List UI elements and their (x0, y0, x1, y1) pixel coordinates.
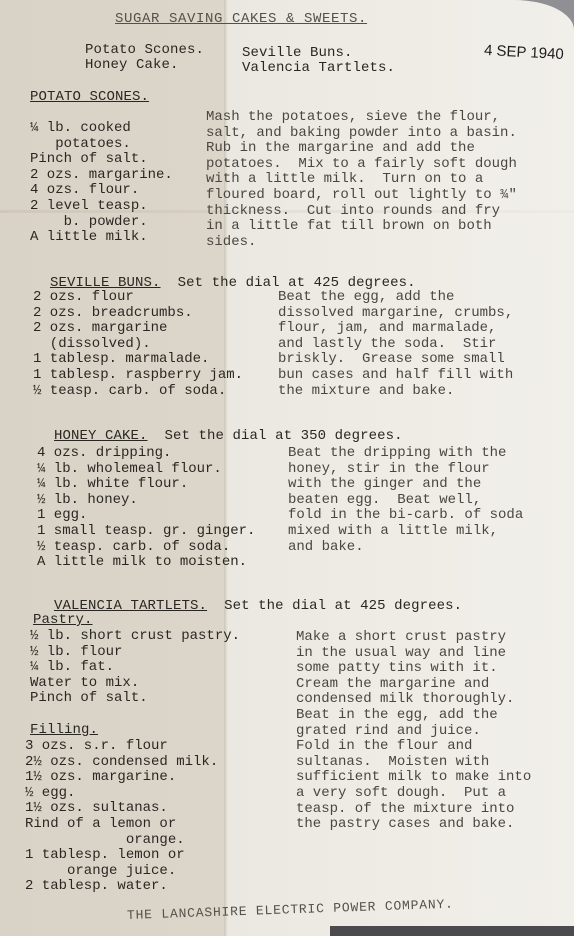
text-line: ¼ lb. wholemeal flour. (37, 462, 255, 478)
text-line: condensed milk thoroughly. (296, 692, 531, 708)
text-line: ¼ lb. white flour. (37, 477, 255, 493)
text-line: ½ teasp. carb. of soda. (37, 540, 255, 556)
background-surface (330, 926, 574, 936)
text-line: 2 tablesp. water. (25, 879, 218, 895)
text-line: 1 tablesp. lemon or (25, 848, 218, 864)
method-text: Beat the dripping with thehoney, stir in… (288, 446, 523, 555)
method-text: Make a short crust pastryin the usual wa… (296, 630, 531, 833)
text-line: 2 ozs. margarine. (30, 168, 173, 184)
text-line: 1½ ozs. margarine. (25, 770, 218, 786)
text-line: 1½ ozs. sultanas. (25, 801, 218, 817)
method-text: Beat the egg, add thedissolved margarine… (278, 290, 513, 399)
text-line: teasp. of the mixture into (296, 802, 531, 818)
text-line: ½ lb. flour (30, 645, 240, 661)
text-line: 1 small teasp. gr. ginger. (37, 524, 255, 540)
recipe-heading-honey-cake: HONEY CAKE. Set the dial at 350 degrees. (37, 413, 403, 444)
contents-item: Honey Cake. (85, 58, 179, 74)
ingredient-list: 2 ozs. flour2 ozs. breadcrumbs.2 ozs. ma… (33, 290, 243, 399)
text-line: Beat in the egg, add the (296, 708, 531, 724)
text-line: sufficient milk to make into (296, 770, 531, 786)
text-line: 4 ozs. dripping. (37, 446, 255, 462)
text-line: ¼ lb. cooked (30, 121, 173, 137)
text-line: Pinch of salt. (30, 691, 240, 707)
text-line: 1 tablesp. marmalade. (33, 352, 243, 368)
text-line: some patty tins with it. (296, 661, 531, 677)
text-line: the mixture and bake. (278, 384, 513, 400)
text-line: briskly. Grease some small (278, 352, 513, 368)
text-line: sultanas. Moisten with (296, 755, 531, 771)
text-line: 3 ozs. s.r. flour (25, 739, 218, 755)
text-line: with the ginger and the (288, 477, 523, 493)
contents-item: Valencia Tartlets. (242, 61, 395, 77)
pastry-heading: Pastry. (33, 613, 93, 629)
text-line: Rind of a lemon or (25, 817, 218, 833)
text-line: potatoes. Mix to a fairly soft dough (206, 157, 517, 173)
text-line: flour, jam, and marmalade, (278, 321, 513, 337)
text-line: b. powder. (30, 215, 173, 231)
text-line: 2 ozs. breadcrumbs. (33, 306, 243, 322)
pastry-ingredient-list: ½ lb. short crust pastry.½ lb. flour¼ lb… (30, 629, 240, 707)
text-line: a very soft dough. Put a (296, 786, 531, 802)
text-line: ½ lb. short crust pastry. (30, 629, 240, 645)
text-line: and bake. (288, 540, 523, 556)
ingredient-list: ¼ lb. cooked potatoes.Pinch of salt.2 oz… (30, 121, 173, 246)
text-line: Pinch of salt. (30, 152, 173, 168)
recipe-name: HONEY CAKE. (54, 428, 148, 444)
text-line: 1 egg. (37, 508, 255, 524)
text-line: in the usual way and line (296, 646, 531, 662)
text-line: ¼ lb. fat. (30, 660, 240, 676)
document-title: SUGAR SAVING CAKES & SWEETS. (115, 12, 367, 28)
text-line: Make a short crust pastry (296, 630, 531, 646)
text-line: ½ teasp. carb. of soda. (33, 384, 243, 400)
oven-instruction: Set the dial at 425 degrees. (224, 598, 462, 614)
text-line: 2 ozs. margarine (33, 321, 243, 337)
text-line: ½ lb. honey. (37, 493, 255, 509)
text-line: potatoes. (30, 137, 173, 153)
text-line: fold in the bi-carb. of soda (288, 508, 523, 524)
text-line: Beat the egg, add the (278, 290, 513, 306)
text-line: 2 ozs. flour (33, 290, 243, 306)
method-text: Mash the potatoes, sieve the flour,salt,… (206, 110, 517, 250)
text-line: Mash the potatoes, sieve the flour, (206, 110, 517, 126)
text-line: honey, stir in the flour (288, 462, 523, 478)
text-line: grated rind and juice. (296, 724, 531, 740)
recipe-heading-seville-buns: SEVILLE BUNS. Set the dial at 425 degree… (33, 260, 416, 291)
text-line: 1 tablesp. raspberry jam. (33, 368, 243, 384)
text-line: orange juice. (25, 864, 218, 880)
text-line: ½ egg. (25, 786, 218, 802)
recipe-heading-valencia-tartlets: VALENCIA TARTLETS. Set the dial at 425 d… (37, 583, 462, 614)
text-line: mixed with a little milk, (288, 524, 523, 540)
filling-ingredient-list: 3 ozs. s.r. flour2½ ozs. condensed milk.… (25, 739, 218, 895)
text-line: with a little milk. Turn on to a (206, 172, 517, 188)
text-line: floured board, roll out lightly to ¾" (206, 188, 517, 204)
text-line: sides. (206, 235, 517, 251)
text-line: and lastly the soda. Stir (278, 337, 513, 353)
text-line: orange. (25, 833, 218, 849)
text-line: Water to mix. (30, 676, 240, 692)
text-line: in a little fat till brown on both (206, 219, 517, 235)
text-line: bun cases and half fill with (278, 368, 513, 384)
text-line: 4 ozs. flour. (30, 183, 173, 199)
oven-instruction: Set the dial at 350 degrees. (165, 428, 403, 444)
text-line: Cream the margarine and (296, 677, 531, 693)
recipe-heading-potato-scones: POTATO SCONES. (30, 90, 149, 106)
filling-heading: Filling. (30, 723, 98, 739)
text-line: thickness. Cut into rounds and fry (206, 204, 517, 220)
text-line: beaten egg. Beat well, (288, 493, 523, 509)
text-line: Rub in the margarine and add the (206, 141, 517, 157)
text-line: (dissolved). (33, 337, 243, 353)
text-line: the pastry cases and bake. (296, 817, 531, 833)
text-line: 2 level teasp. (30, 199, 173, 215)
text-line: dissolved margarine, crumbs, (278, 306, 513, 322)
text-line: 2½ ozs. condensed milk. (25, 755, 218, 771)
ingredient-list: 4 ozs. dripping.¼ lb. wholemeal flour.¼ … (37, 446, 255, 571)
text-line: Beat the dripping with the (288, 446, 523, 462)
text-line: A little milk. (30, 230, 173, 246)
text-line: A little milk to moisten. (37, 555, 255, 571)
text-line: salt, and baking powder into a basin. (206, 126, 517, 142)
text-line: Fold in the flour and (296, 739, 531, 755)
